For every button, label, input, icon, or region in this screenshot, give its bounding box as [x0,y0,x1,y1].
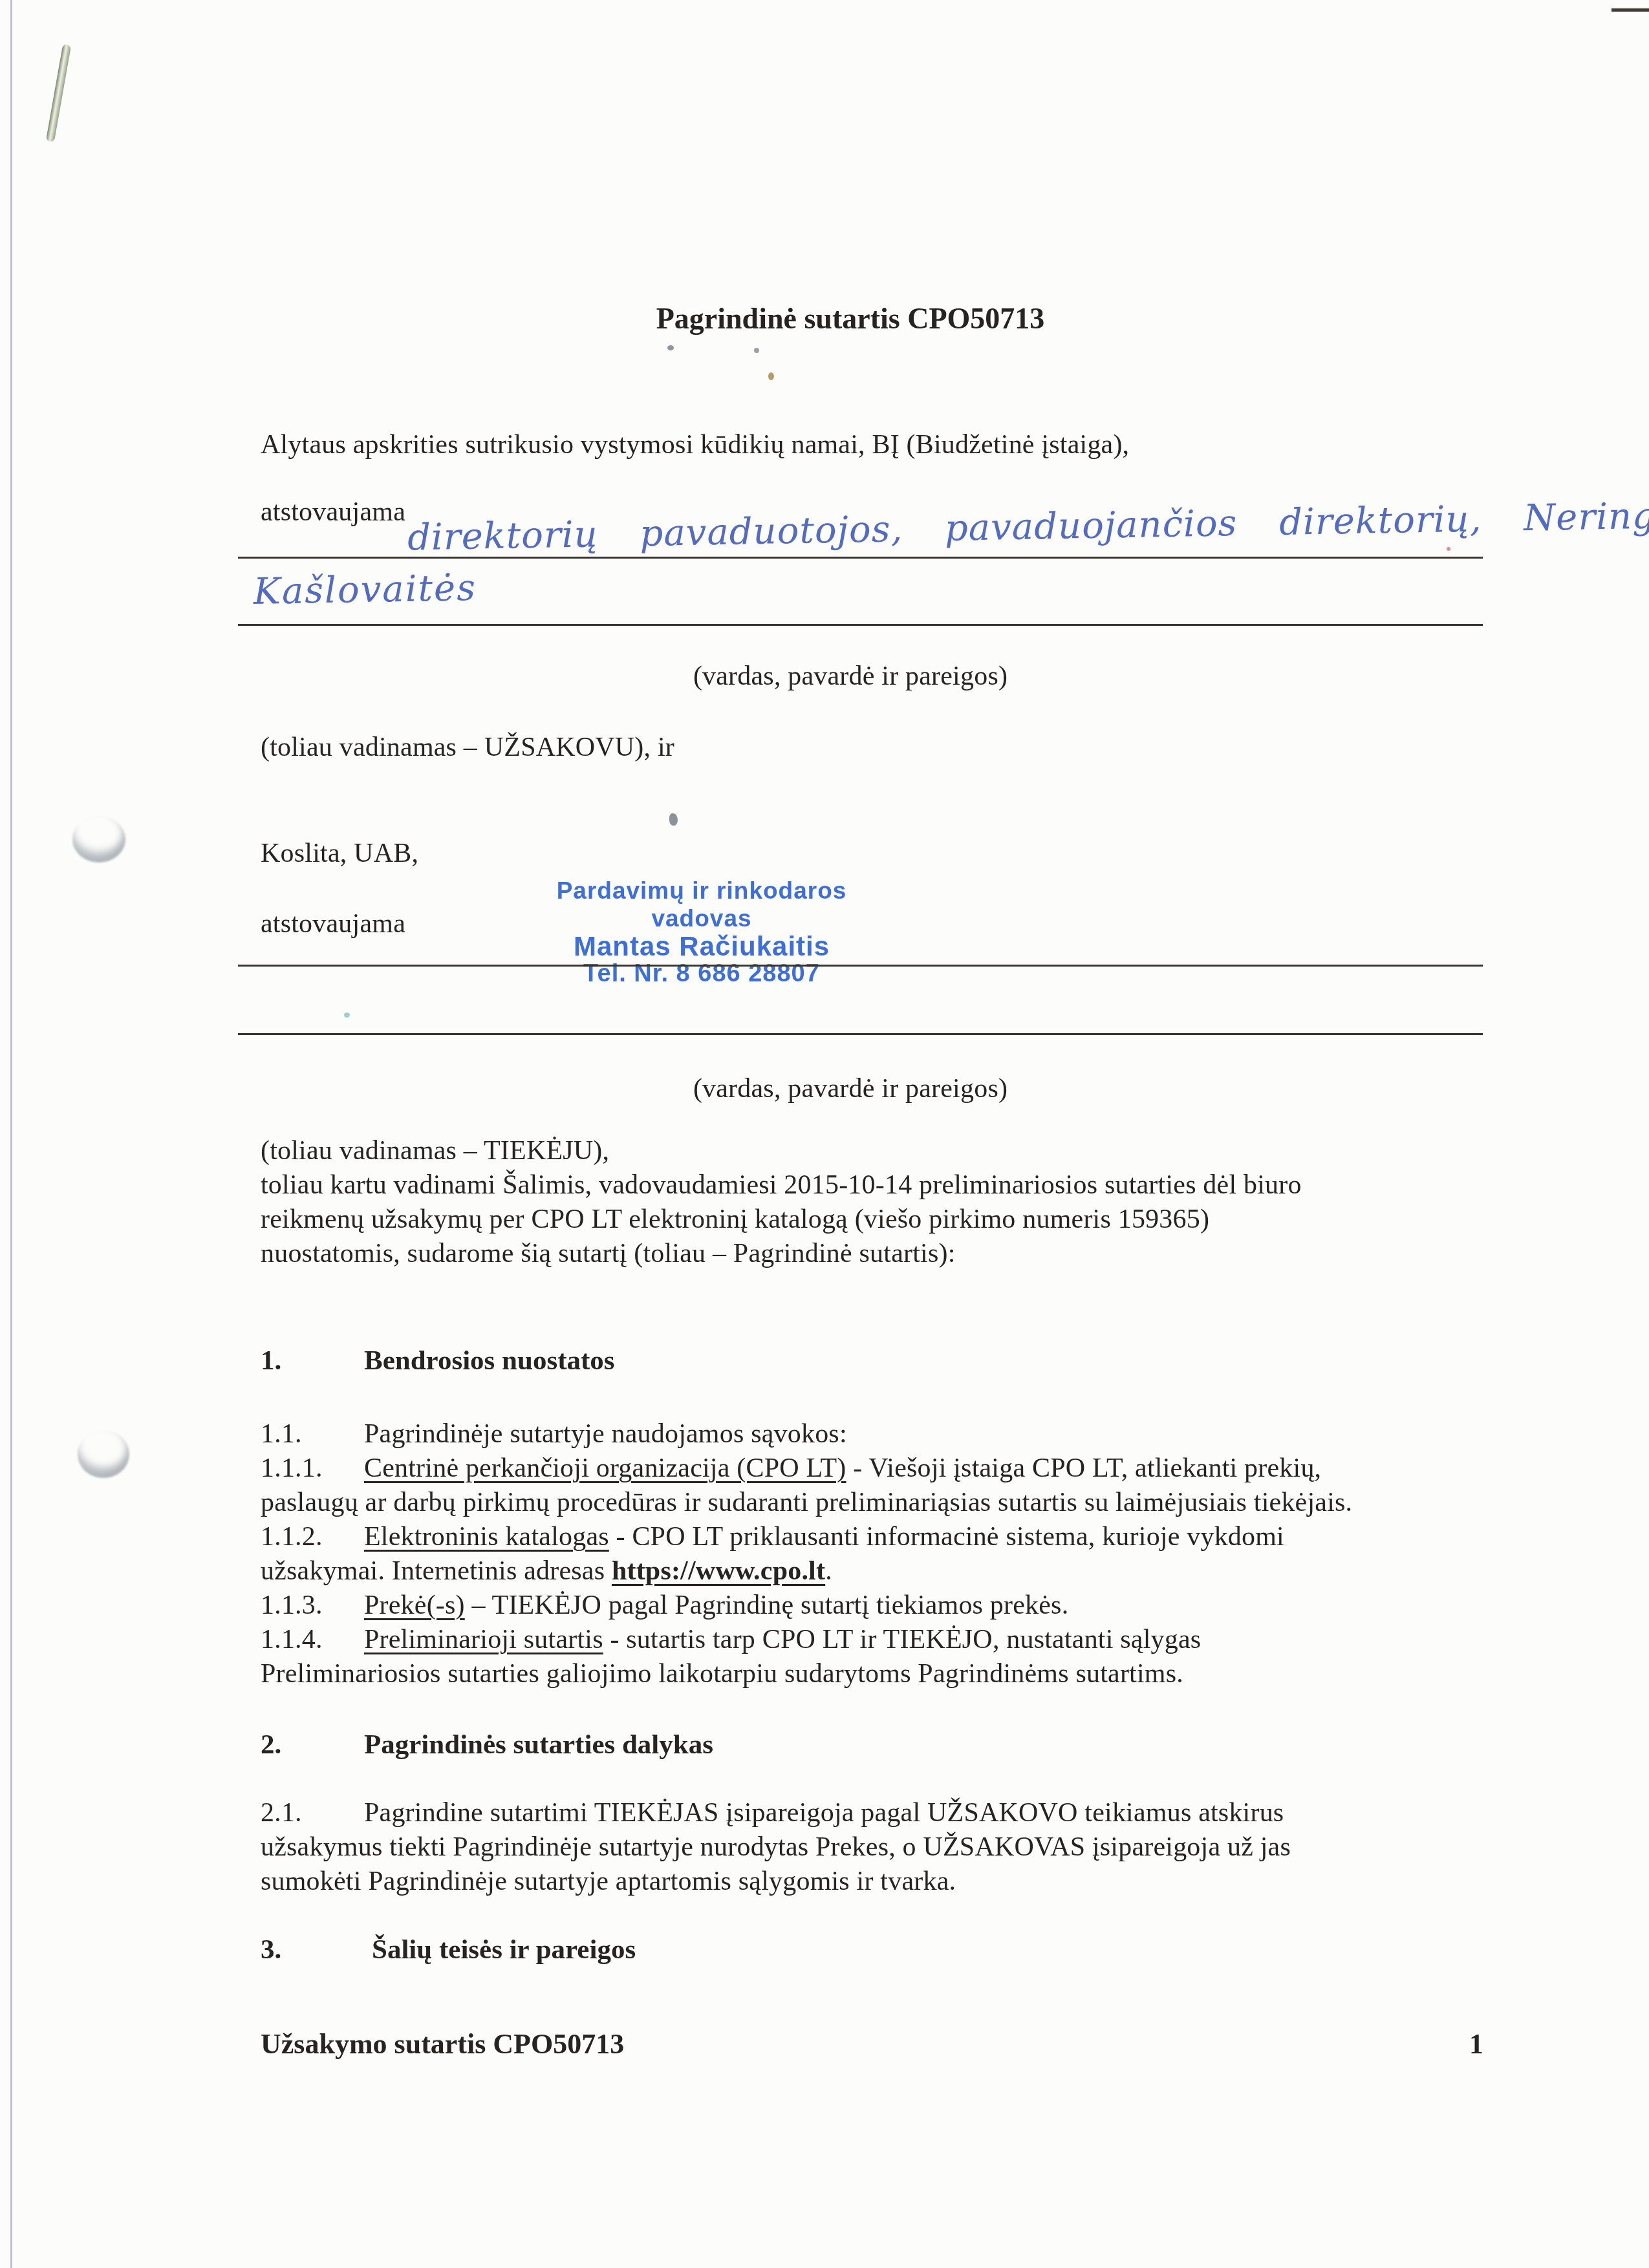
clause-text: - sutartis tarp CPO LT ir TIEKĖJO, nusta… [603,1625,1202,1654]
clause-1-1-2-continuation: užsakymai. Internetinis adresas https://… [261,1556,832,1587]
scan-speck [768,372,774,380]
section-3-heading: 3.Šalių teisės ir pareigos [261,1934,636,1965]
clause-number: 1.1. [261,1418,364,1450]
scan-speck [667,345,674,350]
supplier-stamp: Pardavimų ir rinkodaros vadovas Mantas R… [479,877,925,988]
clause-number: 2.1. [261,1797,364,1828]
signature-line [238,965,1483,967]
clause-text: Pagrindine sutartimi TIEKĖJAS įsipareigo… [364,1798,1284,1828]
buyer-name-line: Alytaus apskrities sutrikusio vystymosi … [261,429,1129,460]
clause-1-1-4-continuation: Preliminariosios sutarties galiojimo lai… [261,1658,1183,1689]
represented-by-label: atstovaujama [261,908,405,939]
name-surname-caption: (vardas, pavardė ir pareigos) [259,1073,1442,1104]
clause-1-1-4: 1.1.4.Preliminarioji sutartis - sutartis… [261,1624,1201,1655]
clause-number: 1.1.3. [261,1590,364,1621]
preamble-line: reikmenų užsakymų per CPO LT elektroninį… [261,1204,1209,1235]
clause-text: - Viešoji įstaiga CPO LT, atliekanti pre… [846,1453,1322,1483]
section-1-heading: 1.Bendrosios nuostatos [261,1345,615,1376]
stamp-role-line-1: Pardavimų ir rinkodaros [479,877,925,904]
scan-edge-line [10,0,12,2268]
section-title: Bendrosios nuostatos [364,1345,615,1376]
footer-document-id: Užsakymo sutartis CPO50713 [261,2027,624,2060]
clause-2-1: 2.1.Pagrindine sutartimi TIEKĖJAS įsipar… [261,1797,1284,1828]
scan-speck [754,348,759,353]
clause-2-1-continuation: užsakymus tiekti Pagrindinėje sutartyje … [261,1832,1291,1863]
handwritten-representative-line-1: direktorių pavaduotojos, pavaduojančios … [407,495,1649,559]
defined-term: Preliminarioji sutartis [364,1625,603,1654]
scanned-contract-page: Pagrindinė sutartis CPO50713 Alytaus aps… [0,0,1649,2268]
handwritten-representative-line-2: Kašlovaitės [253,567,477,613]
clause-text: – TIEKĖJO pagal Pagrindinę sutartį tieki… [465,1590,1069,1620]
signature-line [238,624,1483,626]
section-number: 3. [261,1934,372,1965]
defined-term: Elektroninis katalogas [364,1522,609,1552]
section-number: 2. [261,1729,364,1760]
catalog-url: https://www.cpo.lt [612,1556,825,1586]
clause-text: Pagrindinėje sutartyje naudojamos sąvoko… [364,1419,847,1449]
buyer-alias-line: (toliau vadinamas – UŽSAKOVU), ir [261,732,674,763]
clause-1-1-2: 1.1.2.Elektroninis katalogas - CPO LT pr… [261,1521,1284,1552]
clause-number: 1.1.4. [261,1624,364,1655]
preamble-line: toliau kartu vadinami Šalimis, vadovauda… [261,1170,1302,1201]
document-title: Pagrindinė sutartis CPO50713 [259,301,1442,336]
preamble-line: nuostatomis, sudarome šią sutartį (tolia… [261,1238,956,1269]
clause-2-1-continuation: sumokėti Pagrindinėje sutartyje aptartom… [261,1866,956,1897]
punch-hole-shadow [78,1430,129,1478]
section-title: Pagrindinės sutarties dalykas [364,1729,713,1760]
punch-hole-shadow [72,816,125,862]
scan-speck [344,1012,350,1018]
pen-stroke-mark [46,44,71,142]
clause-text: - CPO LT priklausanti informacinė sistem… [609,1522,1284,1552]
clause-1-1-1-continuation: paslaugų ar darbų pirkimų procedūras ir … [261,1487,1352,1518]
supplier-name-line: Koslita, UAB, [261,838,418,869]
section-number: 1. [261,1345,364,1376]
scan-speck [1447,547,1450,551]
clause-text: užsakymai. Internetinis adresas [261,1556,612,1586]
supplier-alias-line: (toliau vadinamas – TIEKĖJU), [261,1135,609,1166]
page-number: 1 [1457,2027,1496,2060]
signature-line [238,1033,1483,1035]
name-surname-caption: (vardas, pavardė ir pareigos) [259,661,1442,692]
clause-1-1: 1.1.Pagrindinėje sutartyje naudojamos są… [261,1418,847,1450]
clause-number: 1.1.2. [261,1521,364,1552]
defined-term: Prekė(-s) [364,1590,465,1620]
clause-text: . [825,1556,832,1586]
clause-1-1-3: 1.1.3.Prekė(-s) – TIEKĖJO pagal Pagrindi… [261,1590,1068,1621]
scan-speck [669,813,678,826]
clause-1-1-1: 1.1.1.Centrinė perkančioji organizacija … [261,1453,1321,1484]
stamp-person-name: Mantas Račiukaitis [479,932,925,960]
clause-number: 1.1.1. [261,1453,364,1484]
section-title: Šalių teisės ir pareigos [372,1934,636,1965]
scan-corner-line [1611,8,1649,12]
represented-by-label: atstovaujama [261,497,405,528]
stamp-role-line-2: vadovas [479,904,925,932]
defined-term: Centrinė perkančioji organizacija (CPO L… [364,1453,846,1483]
section-2-heading: 2.Pagrindinės sutarties dalykas [261,1729,713,1760]
